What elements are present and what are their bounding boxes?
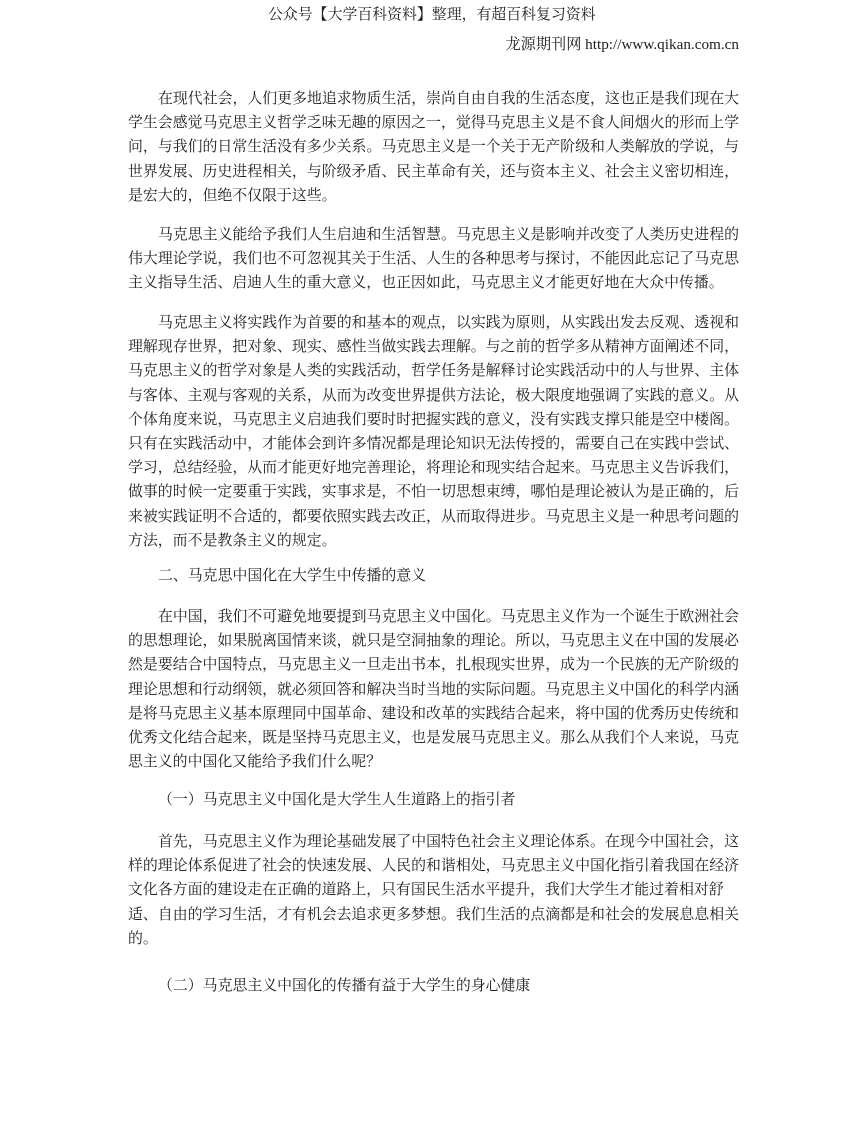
subsection-heading-2: （二）马克思主义中国化的传播有益于大学生的身心健康	[128, 974, 769, 998]
text-line: 文化各方面的建设走在正确的道路上，只有国民生活水平提升，我们大学生才能过着相对舒	[128, 878, 739, 902]
paragraph-4: 在中国，我们不可避免地要提到马克思主义中国化。马克思主义作为一个诞生于欧洲社会 …	[128, 605, 739, 774]
text-line: 只有在实践活动中，才能体会到许多情况都是理论知识无法传授的，需要自己在实践中尝试…	[128, 432, 739, 456]
text-line: 思主义的中国化又能给予我们什么呢？	[128, 750, 739, 774]
text-line: 理解现存世界，把对象、现实、感性当做实践去理解。与之前的哲学多从精神方面阐述不同…	[128, 335, 739, 359]
text-line: 适、自由的学习生活，才有机会去追求更多梦想。我们生活的点滴都是和社会的发展息息相…	[128, 903, 739, 927]
text-line: 样的理论体系促进了社会的快速发展、人民的和谐相处，马克思主义中国化指引着我国在经…	[128, 854, 739, 878]
source-note-header: 公众号【大学百科资料】整理，有超百科复习资料	[268, 3, 596, 27]
text-line: 来被实践证明不合适的，都要依照实践去改正，从而取得进步。马克思主义是一种思考问题…	[128, 505, 739, 529]
text-line: 是宏大的，但绝不仅限于这些。	[128, 184, 739, 208]
text-line: 理论思想和行动纲领，就必须回答和解决当时当地的实际问题。马克思主义中国化的科学内…	[128, 678, 739, 702]
text-line: 马克思主义的哲学对象是人类的实践活动，哲学任务是解释讨论实践活动中的人与世界、主…	[128, 359, 739, 383]
text-line: 学生会感觉马克思主义哲学乏味无趣的原因之一，觉得马克思主义是不食人间烟火的形而上…	[128, 111, 739, 135]
text-line: 主义指导生活、启迪人生的重大意义，也正因如此，马克思主义才能更好地在大众中传播。	[128, 271, 739, 295]
section-heading: 二、马克思中国化在大学生中传播的意义	[128, 564, 769, 588]
text-line: 然是要结合中国特点，马克思主义一旦走出书本，扎根现实世界，成为一个民族的无产阶级…	[128, 653, 739, 677]
text-line: 与客体、主观与客观的关系，从而为改变世界提供方法论，极大限度地强调了实践的意义。…	[128, 384, 739, 408]
text-line: 方法，而不是教条主义的规定。	[128, 529, 739, 553]
text-line: 的。	[128, 927, 739, 951]
text-line: 在中国，我们不可避免地要提到马克思主义中国化。马克思主义作为一个诞生于欧洲社会	[128, 605, 739, 629]
journal-site-header: 龙源期刊网 http://www.qikan.com.cn	[505, 33, 739, 57]
subsection-heading-1: （一）马克思主义中国化是大学生人生道路上的指引者	[128, 788, 769, 812]
text-line: 的思想理论，如果脱离国情来谈，就只是空洞抽象的理论。所以，马克思主义在中国的发展…	[128, 629, 739, 653]
text-line: 世界发展、历史进程相关，与阶级矛盾、民主革命有关，还与资本主义、社会主义密切相连…	[128, 160, 739, 184]
paragraph-2: 马克思主义能给予我们人生启迪和生活智慧。马克思主义是影响并改变了人类历史进程的 …	[128, 223, 739, 296]
text-line: 学习，总结经验，从而才能更好地完善理论，将理论和现实结合起来。马克思主义告诉我们…	[128, 456, 739, 480]
text-line: 问，与我们的日常生活没有多少关系。马克思主义是一个关于无产阶级和人类解放的学说，…	[128, 135, 739, 159]
text-line: 做事的时候一定要重于实践，实事求是，不怕一切思想束缚，哪怕是理论被认为是正确的，…	[128, 480, 739, 504]
paragraph-3: 马克思主义将实践作为首要的和基本的观点，以实践为原则，从实践出发去反观、透视和 …	[128, 311, 739, 553]
text-line: 马克思主义能给予我们人生启迪和生活智慧。马克思主义是影响并改变了人类历史进程的	[128, 223, 739, 247]
text-line: 在现代社会，人们更多地追求物质生活，崇尚自由自我的生活态度，这也正是我们现在大	[128, 87, 739, 111]
paragraph-1: 在现代社会，人们更多地追求物质生活，崇尚自由自我的生活态度，这也正是我们现在大 …	[128, 87, 739, 208]
text-line: 伟大理论学说，我们也不可忽视其关于生活、人生的各种思考与探讨，不能因此忘记了马克…	[128, 247, 739, 271]
text-line: 是将马克思主义基本原理同中国革命、建设和改革的实践结合起来，将中国的优秀历史传统…	[128, 702, 739, 726]
text-line: 首先，马克思主义作为理论基础发展了中国特色社会主义理论体系。在现今中国社会，这	[128, 830, 739, 854]
paragraph-5: 首先，马克思主义作为理论基础发展了中国特色社会主义理论体系。在现今中国社会，这 …	[128, 830, 739, 951]
text-line: 优秀文化结合起来，既是坚持马克思主义，也是发展马克思主义。那么从我们个人来说，马…	[128, 726, 739, 750]
text-line: 马克思主义将实践作为首要的和基本的观点，以实践为原则，从实践出发去反观、透视和	[128, 311, 739, 335]
text-line: 个体角度来说，马克思主义启迪我们要时时把握实践的意义，没有实践支撑只能是空中楼阁…	[128, 408, 739, 432]
